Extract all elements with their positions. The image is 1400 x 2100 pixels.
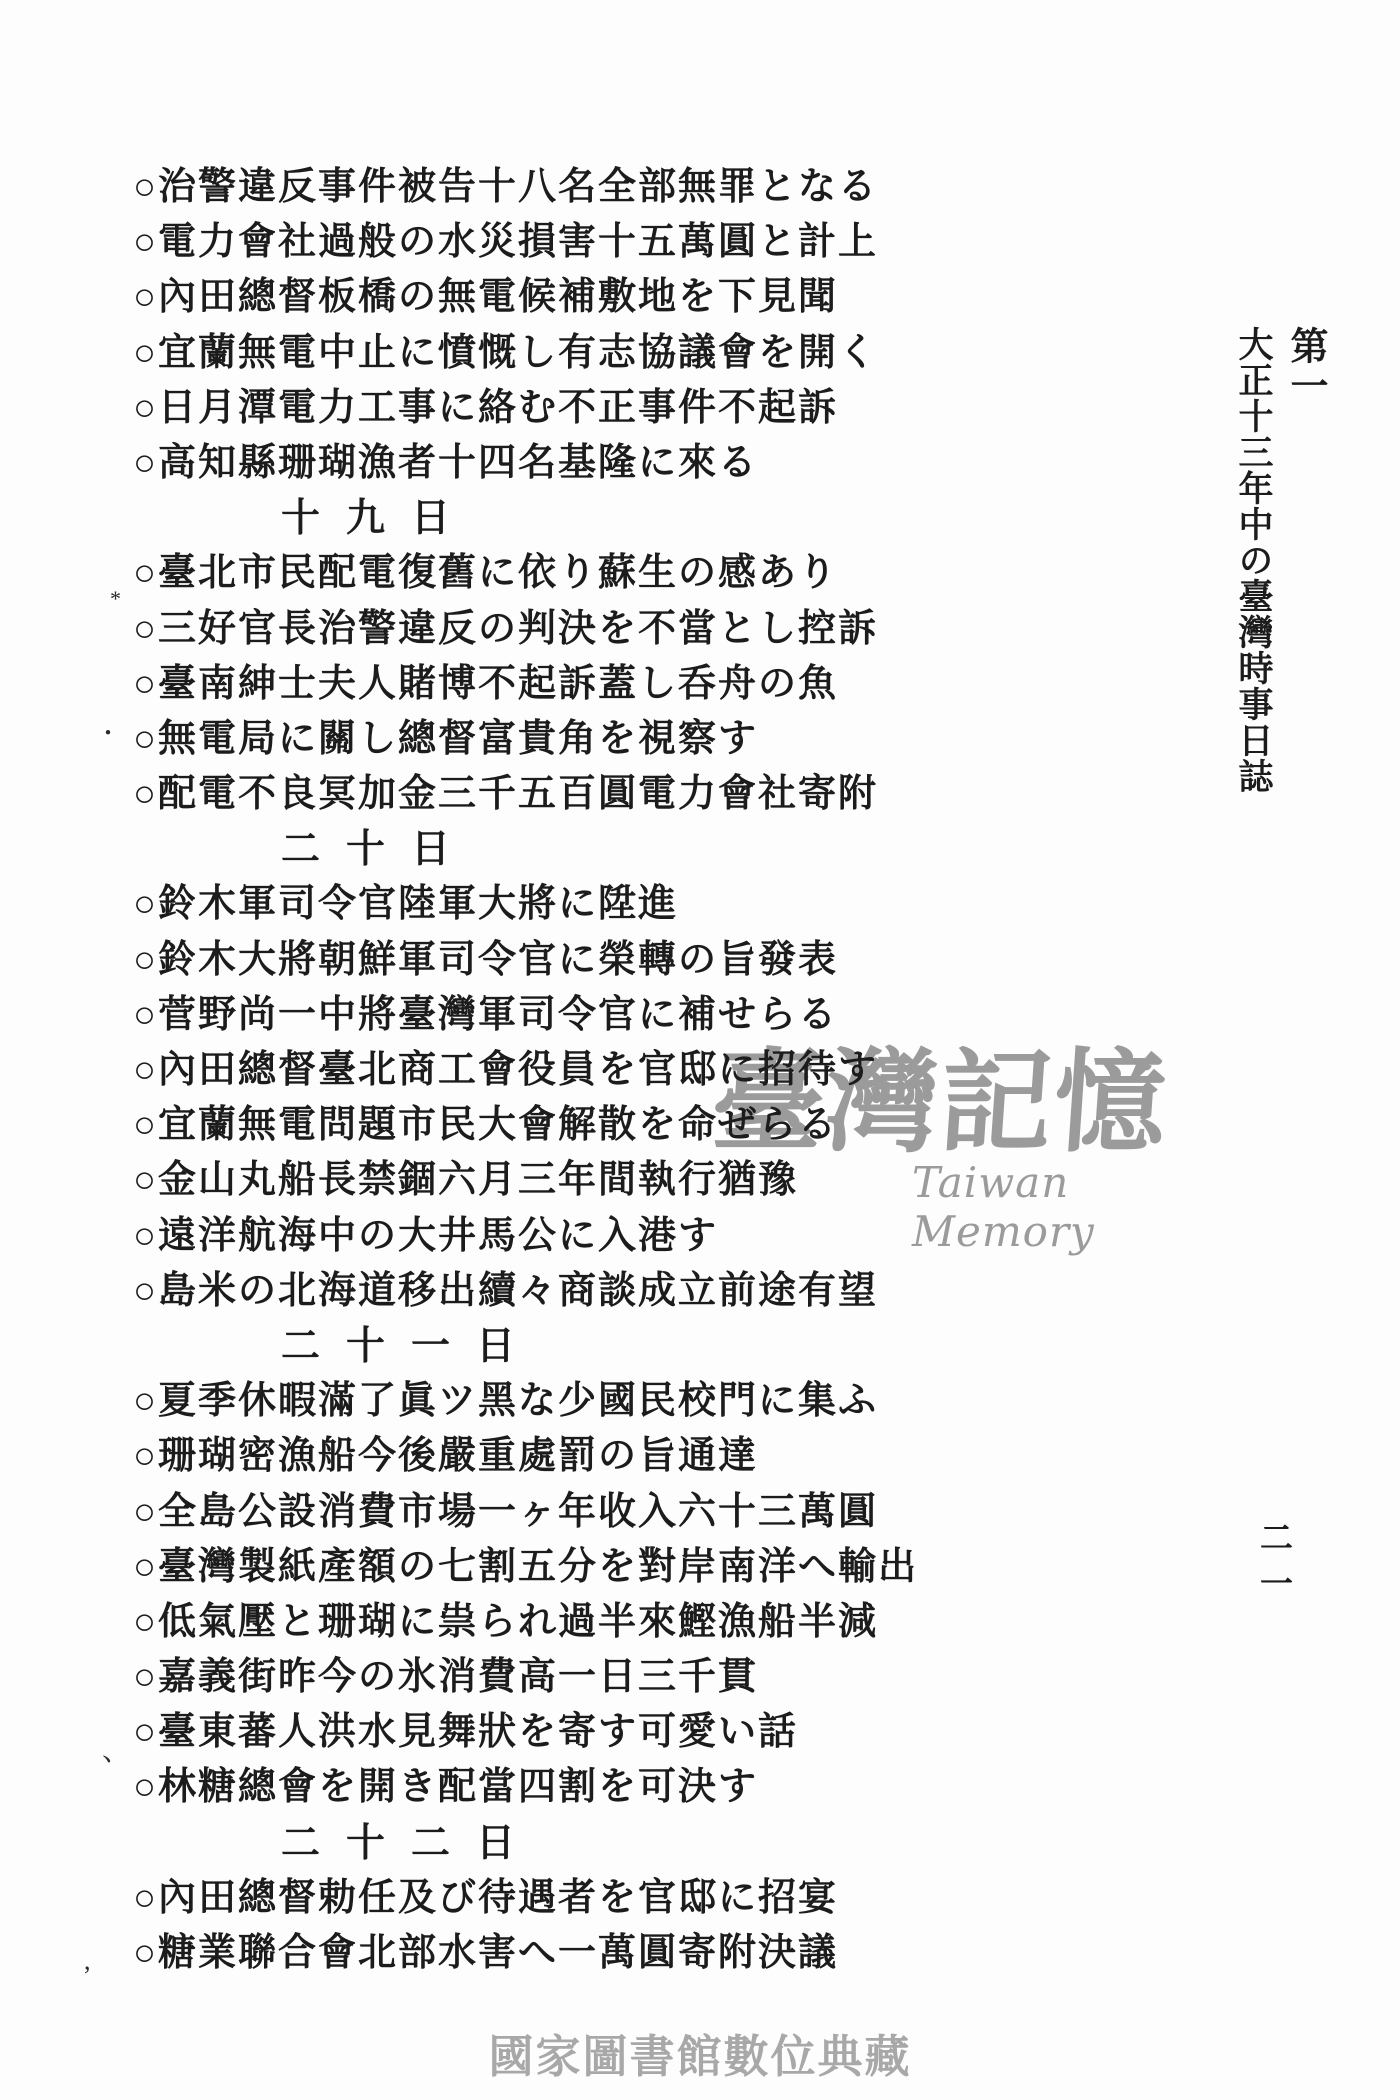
chronicle-entry: ○金山丸船長禁錮六月三年間執行猶豫 (133, 1153, 1083, 1208)
chronicle-entry: ○珊瑚密漁船今後嚴重處罰の旨通達 (133, 1429, 1083, 1484)
chronicle-entry: ○宜蘭無電中止に憤慨し有志協議會を開く (133, 326, 1083, 381)
chapter-title: 大正十三年中の臺灣時事日誌 (1228, 326, 1278, 926)
ink-speck: 、 (102, 1738, 130, 1766)
chronicle-entry: ○內田總督臺北商工會役員を官邸に招待す (133, 1043, 1083, 1098)
chronicle-entry: ○內田總督勅任及び待遇者を官邸に招宴 (133, 1871, 1083, 1926)
ink-speck: ・ (96, 722, 120, 746)
chapter-heading: 第一 大正十三年中の臺灣時事日誌 (1228, 326, 1333, 926)
chronicle-entry: ○島米の北海道移出續々商談成立前途有望 (133, 1264, 1083, 1319)
chronicle-entry: ○鈴木大將朝鮮軍司令官に榮轉の旨發表 (133, 933, 1083, 988)
chronicle-entry: ○臺南紳士夫人賭博不起訴蓋し呑舟の魚 (133, 657, 1083, 712)
chronicle-entry: ○全島公設消費市場一ヶ年收入六十三萬圓 (133, 1485, 1083, 1540)
chronicle-entry: ○臺北市民配電復舊に依り蘇生の感あり (133, 546, 1083, 601)
chronicle-entry: ○配電不良冥加金三千五百圓電力會社寄附 (133, 767, 1083, 822)
chronicle-entry: ○治警違反事件被告十八名全部無罪となる (133, 160, 1083, 215)
chronicle-entry: ○三好官長治警違反の判決を不當とし控訴 (133, 602, 1083, 657)
chronicle-entry: ○無電局に關し總督富貴角を視察す (133, 712, 1083, 767)
chronicle-entry: ○嘉義街昨今の氷消費高一日三千貫 (133, 1650, 1083, 1705)
chronicle-entry: ○遠洋航海中の大井馬公に入港す (133, 1209, 1083, 1264)
page-number: 二一 (1250, 1520, 1297, 1612)
chronicle-entry: ○內田總督板橋の無電候補敷地を下見聞 (133, 270, 1083, 325)
chronicle-entry: ○高知縣珊瑚漁者十四名基隆に來る (133, 436, 1083, 491)
day-header: 二十日 (133, 822, 1083, 877)
day-header: 十九日 (133, 491, 1083, 546)
chronicle-entry: ○宜蘭無電問題市民大會解散を命ぜらる (133, 1098, 1083, 1153)
library-footer: 國家圖書館數位典藏 (0, 2020, 1400, 2085)
chronicle-list: ○治警違反事件被告十八名全部無罪となる○電力會社過般の水災損害十五萬圓と計上○內… (133, 160, 1083, 1981)
chronicle-entry: ○臺灣製紙產額の七割五分を對岸南洋へ輸出 (133, 1540, 1083, 1595)
ink-speck: * (110, 588, 121, 610)
day-header: 二十一日 (133, 1319, 1083, 1374)
chapter-number: 第一 (1278, 326, 1333, 880)
day-header: 二十二日 (133, 1816, 1083, 1871)
chronicle-entry: ○臺東蕃人洪水見舞狀を寄す可愛い話 (133, 1705, 1083, 1760)
chronicle-entry: ○糖業聯合會北部水害へ一萬圓寄附決議 (133, 1926, 1083, 1981)
chronicle-entry: ○低氣壓と珊瑚に祟られ過半來鰹漁船半減 (133, 1595, 1083, 1650)
chronicle-entry: ○夏季休暇滿了眞ツ黑な少國民校門に集ふ (133, 1374, 1083, 1429)
chronicle-entry: ○林糖總會を開き配當四割を可決す (133, 1760, 1083, 1815)
ink-speck: , (84, 1948, 91, 1974)
chronicle-entry: ○日月潭電力工事に絡む不正事件不起訴 (133, 381, 1083, 436)
chronicle-entry: ○鈴木軍司令官陸軍大將に陞進 (133, 877, 1083, 932)
chronicle-entry: ○電力會社過般の水災損害十五萬圓と計上 (133, 215, 1083, 270)
chronicle-entry: ○菅野尚一中將臺灣軍司令官に補せらる (133, 988, 1083, 1043)
